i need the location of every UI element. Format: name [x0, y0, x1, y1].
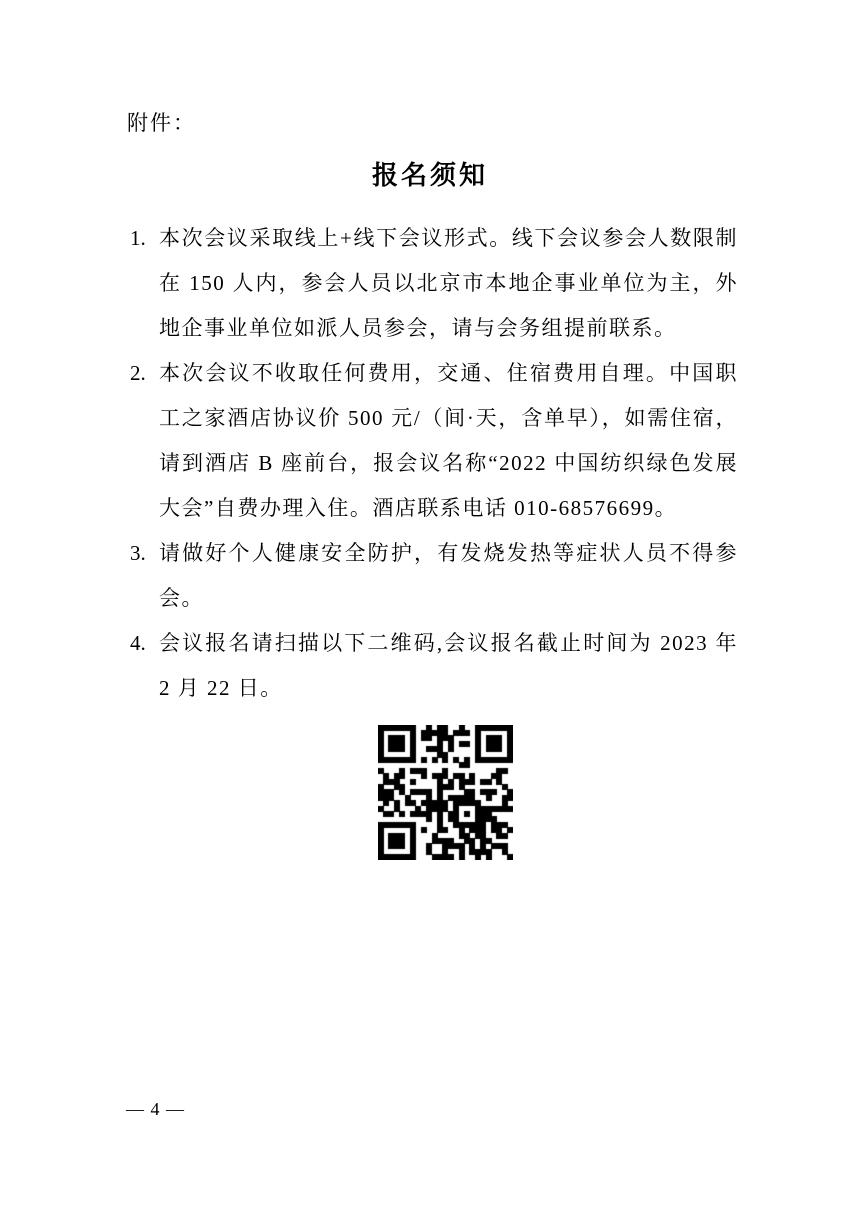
- list-item: 3. 请做好个人健康安全防护，有发烧发热等症状人员不得参会。: [130, 531, 738, 621]
- list-item: 1. 本次会议采取线上+线下会议形式。线下会议参会人数限制在 150 人内，参会…: [130, 216, 738, 351]
- list-item-number: 4.: [130, 621, 146, 666]
- document-page: 附件： 报名须知 1. 本次会议采取线上+线下会议形式。线下会议参会人数限制在 …: [0, 0, 860, 1217]
- list-item: 4. 会议报名请扫描以下二维码,会议报名截止时间为 2023 年 2 月 22 …: [130, 621, 738, 711]
- list-item-text: 本次会议不收取任何费用，交通、住宿费用自理。中国职工之家酒店协议价 500 元/…: [159, 361, 738, 520]
- registration-qr-code: [378, 725, 513, 860]
- qr-code-image: [378, 725, 513, 860]
- list-item-text: 请做好个人健康安全防护，有发烧发热等症状人员不得参会。: [159, 541, 738, 610]
- attachment-label: 附件：: [127, 108, 196, 138]
- list-item-number: 2.: [130, 351, 146, 396]
- list-item-number: 1.: [130, 216, 146, 261]
- list-item-text: 本次会议采取线上+线下会议形式。线下会议参会人数限制在 150 人内，参会人员以…: [159, 226, 738, 340]
- notice-list: 1. 本次会议采取线上+线下会议形式。线下会议参会人数限制在 150 人内，参会…: [130, 216, 738, 711]
- list-item: 2. 本次会议不收取任何费用，交通、住宿费用自理。中国职工之家酒店协议价 500…: [130, 351, 738, 531]
- page-number: — 4 —: [126, 1096, 185, 1122]
- page-title: 报名须知: [0, 158, 860, 194]
- list-item-text: 会议报名请扫描以下二维码,会议报名截止时间为 2023 年 2 月 22 日。: [159, 631, 738, 700]
- list-item-number: 3.: [130, 531, 146, 576]
